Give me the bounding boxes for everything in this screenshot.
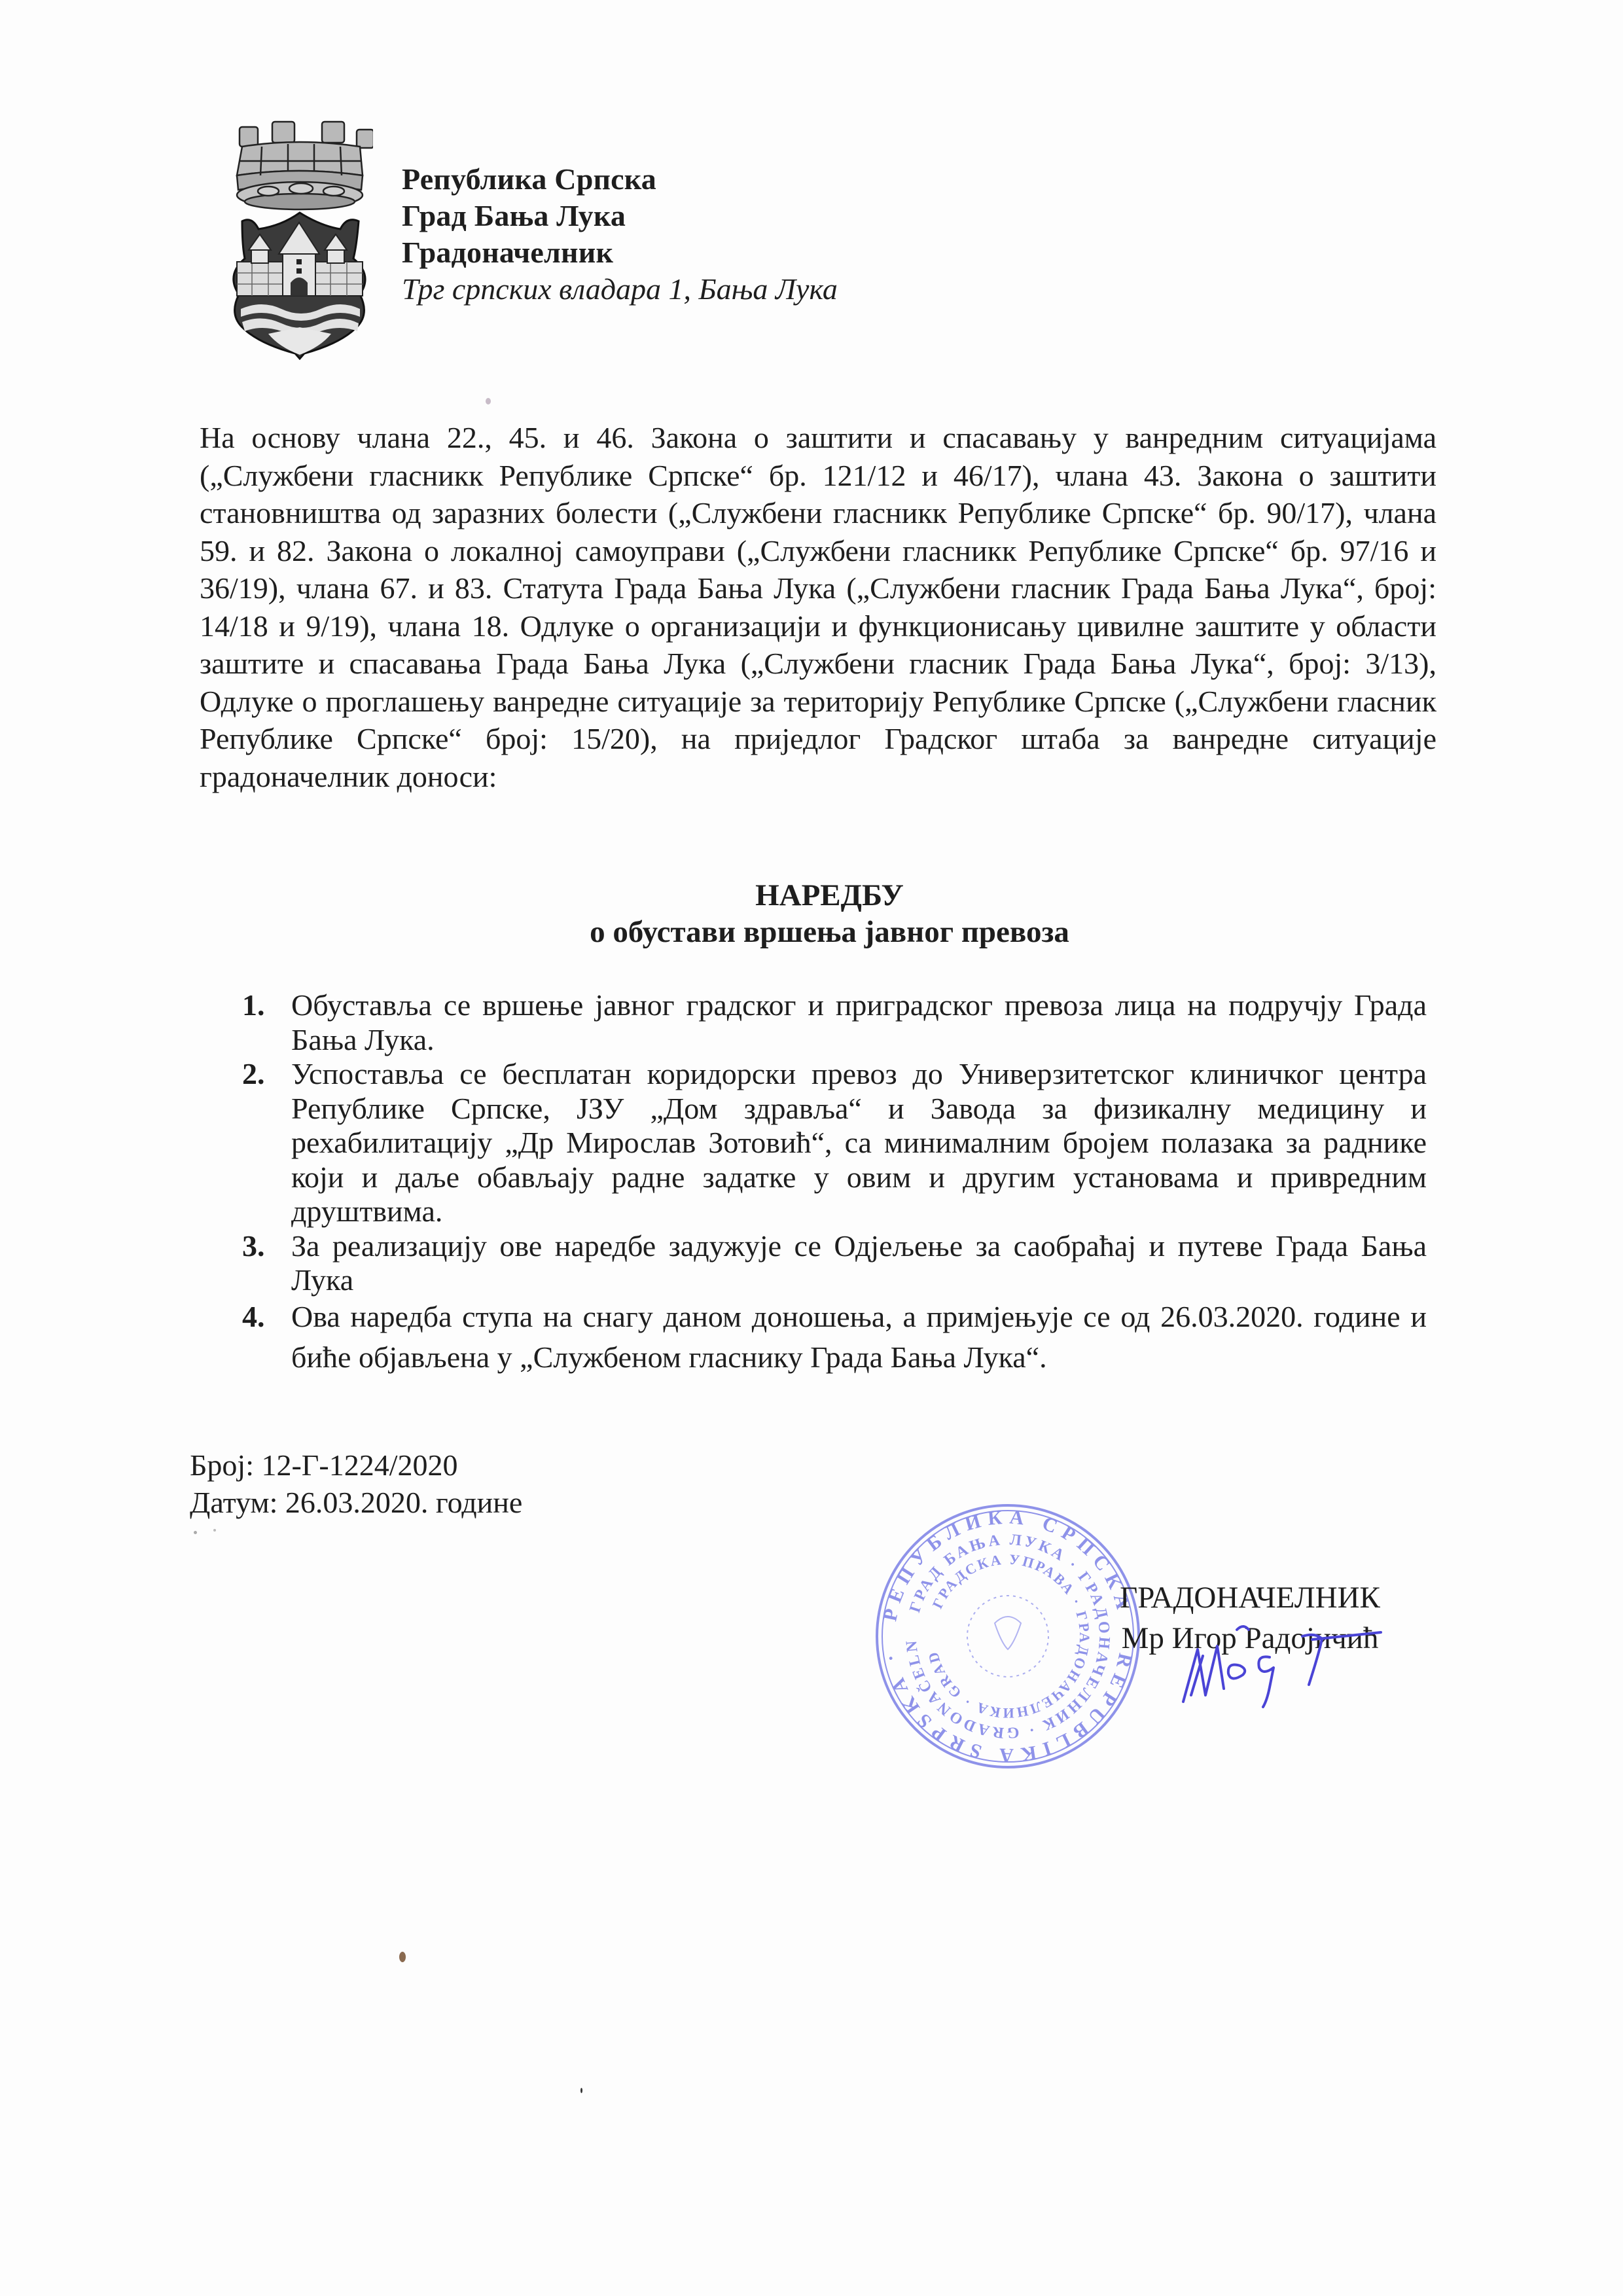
document-date: Датум: 26.03.2020. године [190, 1484, 522, 1521]
order-item: 1. Обуставља се вршење јавног градског и… [242, 988, 1427, 1057]
order-item-text: Обуставља се вршење јавног градског и пр… [291, 988, 1427, 1056]
title-subtitle: о обустави вршења јавног превоза [0, 914, 1623, 950]
legal-preamble: На основу члана 22., 45. и 46. Закона о … [200, 419, 1436, 795]
order-item: 3. За реализацију ове наредбе задужује с… [242, 1229, 1427, 1298]
signatory-title: ГРАДОНАЧЕЛНИК [1106, 1577, 1394, 1618]
order-item-number: 3. [242, 1229, 265, 1264]
scan-speck [194, 1531, 197, 1534]
order-item-number: 2. [242, 1057, 265, 1092]
scan-speck [213, 1529, 216, 1532]
order-item-number: 1. [242, 988, 265, 1023]
document-title: НАРЕДБУ о обустави вршења јавног превоза [0, 877, 1623, 950]
order-item-text: Успоставља се бесплатан коридорски прево… [291, 1057, 1427, 1228]
svg-text:ГРАДСКА УПРАВА · ГРАДОНАЧЕЛНИК: ГРАДСКА УПРАВА · ГРАДОНАЧЕЛНИКА · GRAD [924, 1551, 1093, 1721]
office-name: Градоначелник [402, 234, 838, 271]
title-main: НАРЕДБУ [0, 877, 1623, 914]
order-item-text: За реализацију ове наредбе задужује се О… [291, 1229, 1427, 1297]
republic-name: Република Српска [402, 161, 838, 198]
document-page: Република Српска Град Бања Лука Градонач… [0, 0, 1623, 2296]
document-number: Број: 12-Г-1224/2020 [190, 1446, 522, 1484]
order-item: 2. Успоставља се бесплатан коридорски пр… [242, 1057, 1427, 1229]
scan-speck [580, 2088, 582, 2093]
scan-speck [399, 1952, 406, 1962]
scan-speck [486, 398, 491, 404]
order-item-text: Ова наредба ступа на снагу даном доношењ… [291, 1300, 1427, 1374]
order-item: 4. Ова наредба ступа на снагу даном доно… [242, 1297, 1427, 1378]
document-meta: Број: 12-Г-1224/2020 Датум: 26.03.2020. … [190, 1446, 522, 1521]
office-address: Трг српских владара 1, Бања Лука [402, 271, 838, 308]
order-items-list: 1. Обуставља се вршење јавног градског и… [242, 988, 1427, 1378]
city-name: Град Бања Лука [402, 198, 838, 234]
letterhead: Република Српска Град Бања Лука Градонач… [402, 161, 838, 308]
official-stamp-icon: РЕПУБЛИКА СРПСКА · REPUBLIKA SRPSKA · ГР… [870, 1499, 1145, 1774]
coat-of-arms-icon [223, 118, 373, 360]
handwritten-signature-icon [1171, 1617, 1387, 1715]
order-item-number: 4. [242, 1297, 265, 1337]
